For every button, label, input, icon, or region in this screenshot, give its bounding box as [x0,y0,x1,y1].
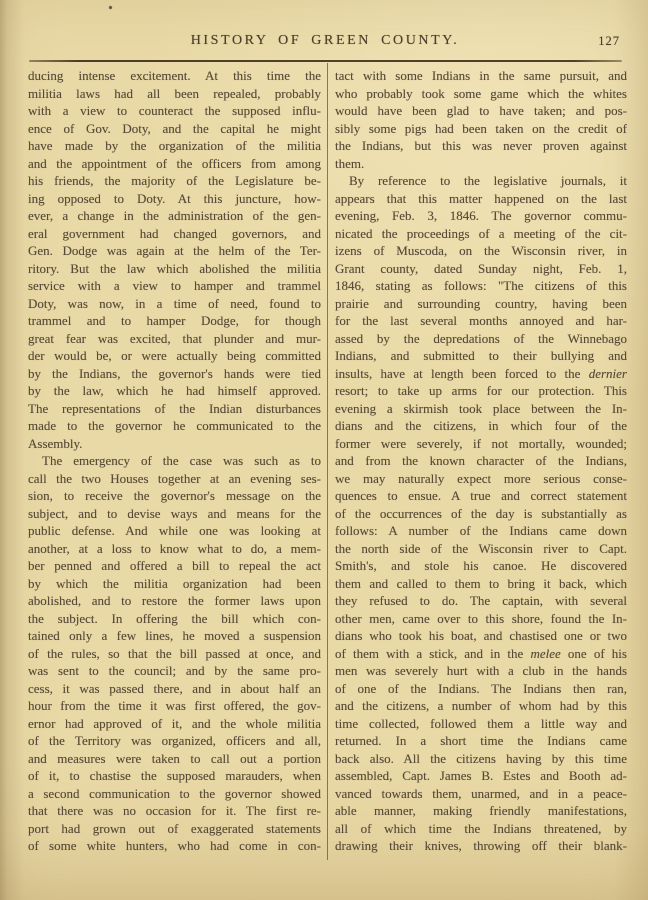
text-line: resort; to take up arms for our protecti… [335,382,627,400]
text-line: Grant county, dated Sunday night, Feb. 1… [335,260,627,278]
text-line: by the Indians, the governor's hands wer… [28,365,321,383]
text-line: By reference to the legislative journals… [335,172,627,190]
text-line: of the Territory was organized, officers… [28,732,321,750]
text-line: have made by the organization of the mil… [28,137,321,155]
text-line: and the appointment of the officers from… [28,155,321,173]
text-line: 1846, stating as follows: "The citizens … [335,277,627,295]
text-line: public defense. And while one was lookin… [28,522,321,540]
text-line: the Indians, but this was never proven a… [335,137,627,155]
text-line: militia laws had all been repealed, prob… [28,85,321,103]
text-line: all of which time the Indians threatened… [335,820,627,838]
text-line: ernor had approved of it, and the whole … [28,715,321,733]
text-line: ing opposed to Doty. At this juncture, h… [28,190,321,208]
text-line: trammel and to hamper Dodge, for though [28,312,321,330]
text-line: service with a view to hamper and tramme… [28,277,321,295]
text-line: made to the governor he communicated to … [28,417,321,435]
text-line: dians who took his boat, and chastised o… [335,627,627,645]
text-line: cess, it was passed there, and in about … [28,680,321,698]
text-column-right: tact with some Indians in the same pursu… [335,67,627,855]
text-line: subject, and to devise ways and means fo… [28,505,321,523]
text-line: abolished, and to restore the former law… [28,592,321,610]
text-line: izens of Muscoda, on the Wisconsin river… [335,242,627,260]
text-line: nicated the proceedings of a meeting of … [335,225,627,243]
text-line: former were severely, if not mortally, w… [335,435,627,453]
running-header: HISTORY OF GREEN COUNTY. 127 [28,33,622,51]
text-line: prairie and surrounding country, having … [335,295,627,313]
text-line: vanced towards them, unarmed, and in a p… [335,785,627,803]
text-line: his friends, the majority of the Legisla… [28,172,321,190]
text-line: Assembly. [28,435,321,453]
text-line: The representations of the Indian distur… [28,400,321,418]
text-line: of the rules, so that the bill passed at… [28,645,321,663]
text-line: and the citizens, a number of whom had b… [335,697,627,715]
text-line: by which the militia organization had be… [28,575,321,593]
text-line: who probably took some game which the wh… [335,85,627,103]
text-line: hour from the time it was first offered,… [28,697,321,715]
text-line: they refused to do. The captain, with se… [335,592,627,610]
text-line: ducing intense excitement. At this time … [28,67,321,85]
text-line: of some white hunters, who had come in c… [28,837,321,855]
text-line: drawing their knives, throwing off their… [335,837,627,855]
text-line: them. [335,155,627,173]
text-line: men was severely hurt with a club in the… [335,662,627,680]
book-page: HISTORY OF GREEN COUNTY. 127 ducing inte… [0,0,648,900]
text-line: would have been glad to have taken; and … [335,102,627,120]
text-line: The emergency of the case was such as to [28,452,321,470]
page-title: HISTORY OF GREEN COUNTY. [28,33,622,49]
text-line: other men, came over to this shore, foun… [335,610,627,628]
text-line: sion, to receive the governor's message … [28,487,321,505]
text-line: Smith's, and stole his canoe. He discove… [335,557,627,575]
text-line: der would be, or were actually being com… [28,347,321,365]
text-line: of one of the Indians. The Indians then … [335,680,627,698]
text-line: a second communication to the governor s… [28,785,321,803]
text-line: the subject. In offering the bill which … [28,610,321,628]
text-line: evening a skirmish took place between th… [335,400,627,418]
text-line: sibly some pigs had been taken on the cr… [335,120,627,138]
text-line: tained only a few lines, he moved a susp… [28,627,321,645]
text-line: Doty, was now, in a time of need, found … [28,295,321,313]
text-line: able manner, making friendly manifestati… [335,802,627,820]
text-line: was sent to the council; and by the same… [28,662,321,680]
text-line: the north side of the Wisconsin river to… [335,540,627,558]
ink-dot-mark [109,6,112,9]
text-line: eral government had changed governors, a… [28,225,321,243]
text-line: we may naturally expect more serious con… [335,470,627,488]
text-line: port had grown out of exaggerated statem… [28,820,321,838]
text-line: ever, a change in the administration of … [28,207,321,225]
text-line: tact with some Indians in the same pursu… [335,67,627,85]
text-line: dians and the citizens, in which four of… [335,417,627,435]
text-line: them and called to them to bring it back… [335,575,627,593]
text-line: of the occurrences of the day is substan… [335,505,627,523]
text-line: of them with a stick, and in the melee o… [335,645,627,663]
text-line: ence of Gov. Doty, and the capital he mi… [28,120,321,138]
text-line: evening, Feb. 3, 1846. The governor comm… [335,207,627,225]
text-line: with a view to counteract the supposed i… [28,102,321,120]
text-line: back also. All the citizens having by th… [335,750,627,768]
text-line: Gen. Dodge was again at the helm of the … [28,242,321,260]
text-line: that there was no occasion for it. The f… [28,802,321,820]
text-line: by the law, which he had himself approve… [28,382,321,400]
text-line: assembled, Capt. James B. Estes and Boot… [335,767,627,785]
text-line: quences to ensue. A true and correct sta… [335,487,627,505]
column-divider [327,63,328,860]
page-number: 127 [598,34,620,49]
text-line: Indians, and submitted to their bullying… [335,347,627,365]
text-line: time collected, followed them a little w… [335,715,627,733]
text-line: of it, to chastise the supposed marauder… [28,767,321,785]
text-line: insults, have at length been forced to t… [335,365,627,383]
text-line: another, at a loss to know what to do, a… [28,540,321,558]
text-line: ritory. But the law which abolished the … [28,260,321,278]
text-line: and measures were taken to call out a po… [28,750,321,768]
text-line: call the two Houses together at an eveni… [28,470,321,488]
text-line: and from the known character of the Indi… [335,452,627,470]
text-line: returned. In a short time the Indians ca… [335,732,627,750]
text-line: assed by the depredations of the Winneba… [335,330,627,348]
text-line: appears that this matter happened on the… [335,190,627,208]
header-rule [29,60,622,62]
text-line: ber penned and offered a bill to repeal … [28,557,321,575]
text-column-left: ducing intense excitement. At this time … [28,67,321,855]
text-line: great fear was excited, that plunder and… [28,330,321,348]
text-line: follows: A number of the Indians came do… [335,522,627,540]
text-line: for the last several months annoyed and … [335,312,627,330]
